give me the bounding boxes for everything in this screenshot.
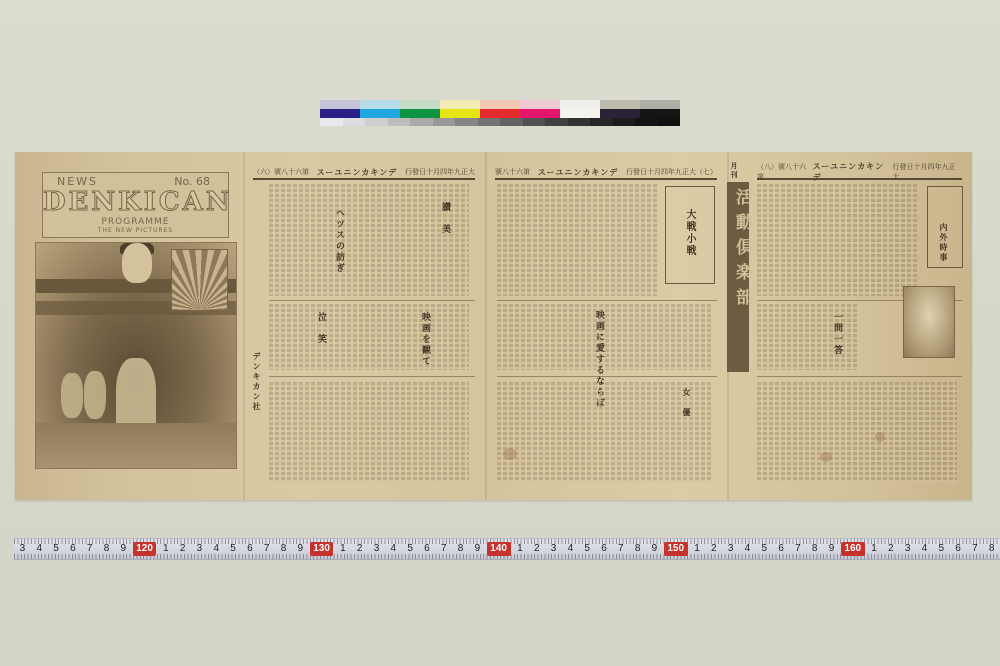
ruler-label: 2 — [351, 542, 368, 556]
ruler-label: 1 — [512, 542, 529, 556]
page-header: （六）號八十六第 スーユニンカキンデ 行發日十月四年九正大 — [253, 166, 475, 180]
color-swatch — [635, 118, 658, 126]
color-checker-main-row — [320, 109, 680, 118]
ruler-label: 7 — [258, 542, 275, 556]
color-swatch — [640, 100, 680, 109]
sunburst-panel — [171, 249, 228, 311]
color-swatch — [640, 109, 680, 118]
ruler-label: 9 — [292, 542, 309, 556]
ruler-label: 2 — [705, 542, 722, 556]
ruler-label: 5 — [402, 542, 419, 556]
color-swatch — [440, 109, 480, 118]
page-header: （八）號八十六第 スーユニンカキンデ 行發日十月四年九正大 — [757, 166, 962, 180]
ruler-label: 6 — [596, 542, 613, 556]
headline: 内外時事 — [938, 223, 949, 263]
ruler-label: 3 — [722, 542, 739, 556]
ruler-label: 9 — [469, 542, 486, 556]
color-swatch — [365, 118, 388, 126]
ruler-label: 4 — [562, 542, 579, 556]
ruler-label: 4 — [916, 542, 933, 556]
ruler-label: 9 — [646, 542, 663, 556]
headline: 讃 美 — [439, 202, 452, 235]
color-swatch — [400, 109, 440, 118]
headline: 女 優 — [681, 388, 692, 418]
headline: 泣 笑 — [315, 312, 328, 345]
ruler-label: 6 — [241, 542, 258, 556]
ruler-label: 160 — [841, 542, 865, 556]
ruler-label: 4 — [385, 542, 402, 556]
ruler-label: 1 — [334, 542, 351, 556]
color-swatch — [360, 109, 400, 118]
ruler-label: 1 — [866, 542, 883, 556]
newspaper-program-sheet: NEWS No. 68 DENKICAN PROGRAMME THE NEW P… — [15, 152, 972, 500]
ruler-label: 5 — [756, 542, 773, 556]
ruler-label: 3 — [368, 542, 385, 556]
ruler-label: 1 — [157, 542, 174, 556]
cover-masthead: NEWS No. 68 DENKICAN PROGRAMME THE NEW P… — [42, 172, 229, 238]
ruler-label: 8 — [452, 542, 469, 556]
color-swatch — [320, 109, 360, 118]
ruler-label: 9 — [115, 542, 132, 556]
ruler-label: 3 — [14, 542, 31, 556]
ruler-label: 150 — [664, 542, 688, 556]
ruler-label: 4 — [31, 542, 48, 556]
headline: 一問一答 — [831, 312, 844, 356]
cover-photograph — [35, 242, 237, 469]
color-swatch — [480, 100, 520, 109]
serial-title: 大戦小戦 — [682, 209, 697, 257]
ruler-label: 7 — [612, 542, 629, 556]
color-swatch — [613, 118, 636, 126]
actor-portrait — [122, 243, 152, 283]
color-swatch — [600, 109, 640, 118]
color-swatch — [520, 100, 560, 109]
color-swatch — [410, 118, 433, 126]
color-swatch — [500, 118, 523, 126]
page-header-title: スーユニンカキンデ — [317, 167, 398, 178]
ruler-label: 2 — [882, 542, 899, 556]
ruler-label: 1 — [689, 542, 706, 556]
ruler-label: 8 — [98, 542, 115, 556]
ruler-label: 4 — [739, 542, 756, 556]
color-swatch — [478, 118, 501, 126]
ruler-label: 8 — [275, 542, 292, 556]
page-6: （六）號八十六第 スーユニンカキンデ 行發日十月四年九正大 デンキカン社 ヘツス… — [243, 152, 485, 500]
page-8: 月刊 雑誌 活動倶楽部 （八）號八十六第 スーユニンカキンデ 行發日十月四年九正… — [727, 152, 972, 500]
ruler-label: 8 — [983, 542, 1000, 556]
ruler-labels: 3456789120123456789130123456789140123456… — [14, 542, 1000, 556]
gray-scale-strip — [320, 118, 680, 126]
ruler-label: 7 — [81, 542, 98, 556]
programme-label: PROGRAMME — [43, 217, 228, 227]
ruler-label: 2 — [174, 542, 191, 556]
color-swatch — [523, 118, 546, 126]
cover-panel: NEWS No. 68 DENKICAN PROGRAMME THE NEW P… — [15, 152, 243, 500]
color-swatch — [560, 100, 600, 109]
ruler-label: 120 — [133, 542, 157, 556]
headline: 映画を観て — [419, 312, 432, 367]
color-swatch — [455, 118, 478, 126]
page-header: 號八十六第 スーユニンカキンデ 行發日十月四年九正大（七） — [495, 166, 717, 180]
ruler-label: 2 — [528, 542, 545, 556]
page-header-title: スーユニンカキンデ — [538, 167, 619, 178]
color-swatch — [433, 118, 456, 126]
color-swatch — [560, 109, 600, 118]
ruler-label: 7 — [435, 542, 452, 556]
headline: ヘツスの訪ぎ — [333, 208, 346, 274]
color-swatch — [343, 118, 366, 126]
color-swatch — [568, 118, 591, 126]
color-swatch — [480, 109, 520, 118]
cover-title: DENKICAN — [43, 187, 228, 217]
ruler-label: 5 — [933, 542, 950, 556]
ruler-label: 6 — [419, 542, 436, 556]
color-swatch — [658, 118, 681, 126]
ruler-label: 8 — [629, 542, 646, 556]
color-checker-top-row — [320, 100, 680, 109]
ruler-label: 6 — [64, 542, 81, 556]
color-swatch — [440, 100, 480, 109]
color-swatch — [320, 118, 343, 126]
column-box: 内外時事 — [927, 186, 963, 268]
page-7: 號八十六第 スーユニンカキンデ 行發日十月四年九正大（七） 大戦小戦 映画に愛す… — [485, 152, 727, 500]
ruler-label: 3 — [545, 542, 562, 556]
ruler-label: 6 — [950, 542, 967, 556]
color-swatch — [590, 118, 613, 126]
ruler-label: 9 — [823, 542, 840, 556]
masthead-title: 活動倶楽部 — [730, 188, 755, 313]
color-swatch — [320, 100, 360, 109]
portrait-photo — [903, 286, 955, 358]
ruler-label: 7 — [789, 542, 806, 556]
publisher-name: デンキカン社 — [251, 352, 262, 412]
color-swatch — [545, 118, 568, 126]
color-swatch — [400, 100, 440, 109]
ruler-label: 5 — [48, 542, 65, 556]
ruler-label: 6 — [773, 542, 790, 556]
color-checker-card — [320, 100, 680, 126]
cover-subtitle: THE NEW PICTURES — [43, 227, 228, 234]
serial-box: 大戦小戦 — [665, 186, 715, 284]
color-swatch — [360, 100, 400, 109]
ruler-label: 130 — [310, 542, 334, 556]
page-header-title: スーユニンカキンデ — [813, 161, 893, 183]
ruler-label: 5 — [225, 542, 242, 556]
ruler-label: 5 — [579, 542, 596, 556]
ruler-label: 3 — [899, 542, 916, 556]
color-swatch — [388, 118, 411, 126]
ruler-label: 140 — [487, 542, 511, 556]
color-swatch — [520, 109, 560, 118]
ruler-label: 4 — [208, 542, 225, 556]
masthead-banner: 活動倶楽部 — [727, 182, 749, 372]
measuring-ruler: 3456789120123456789130123456789140123456… — [14, 538, 1000, 560]
ruler-label: 3 — [191, 542, 208, 556]
ruler-label: 8 — [806, 542, 823, 556]
ruler-label: 7 — [966, 542, 983, 556]
color-swatch — [600, 100, 640, 109]
